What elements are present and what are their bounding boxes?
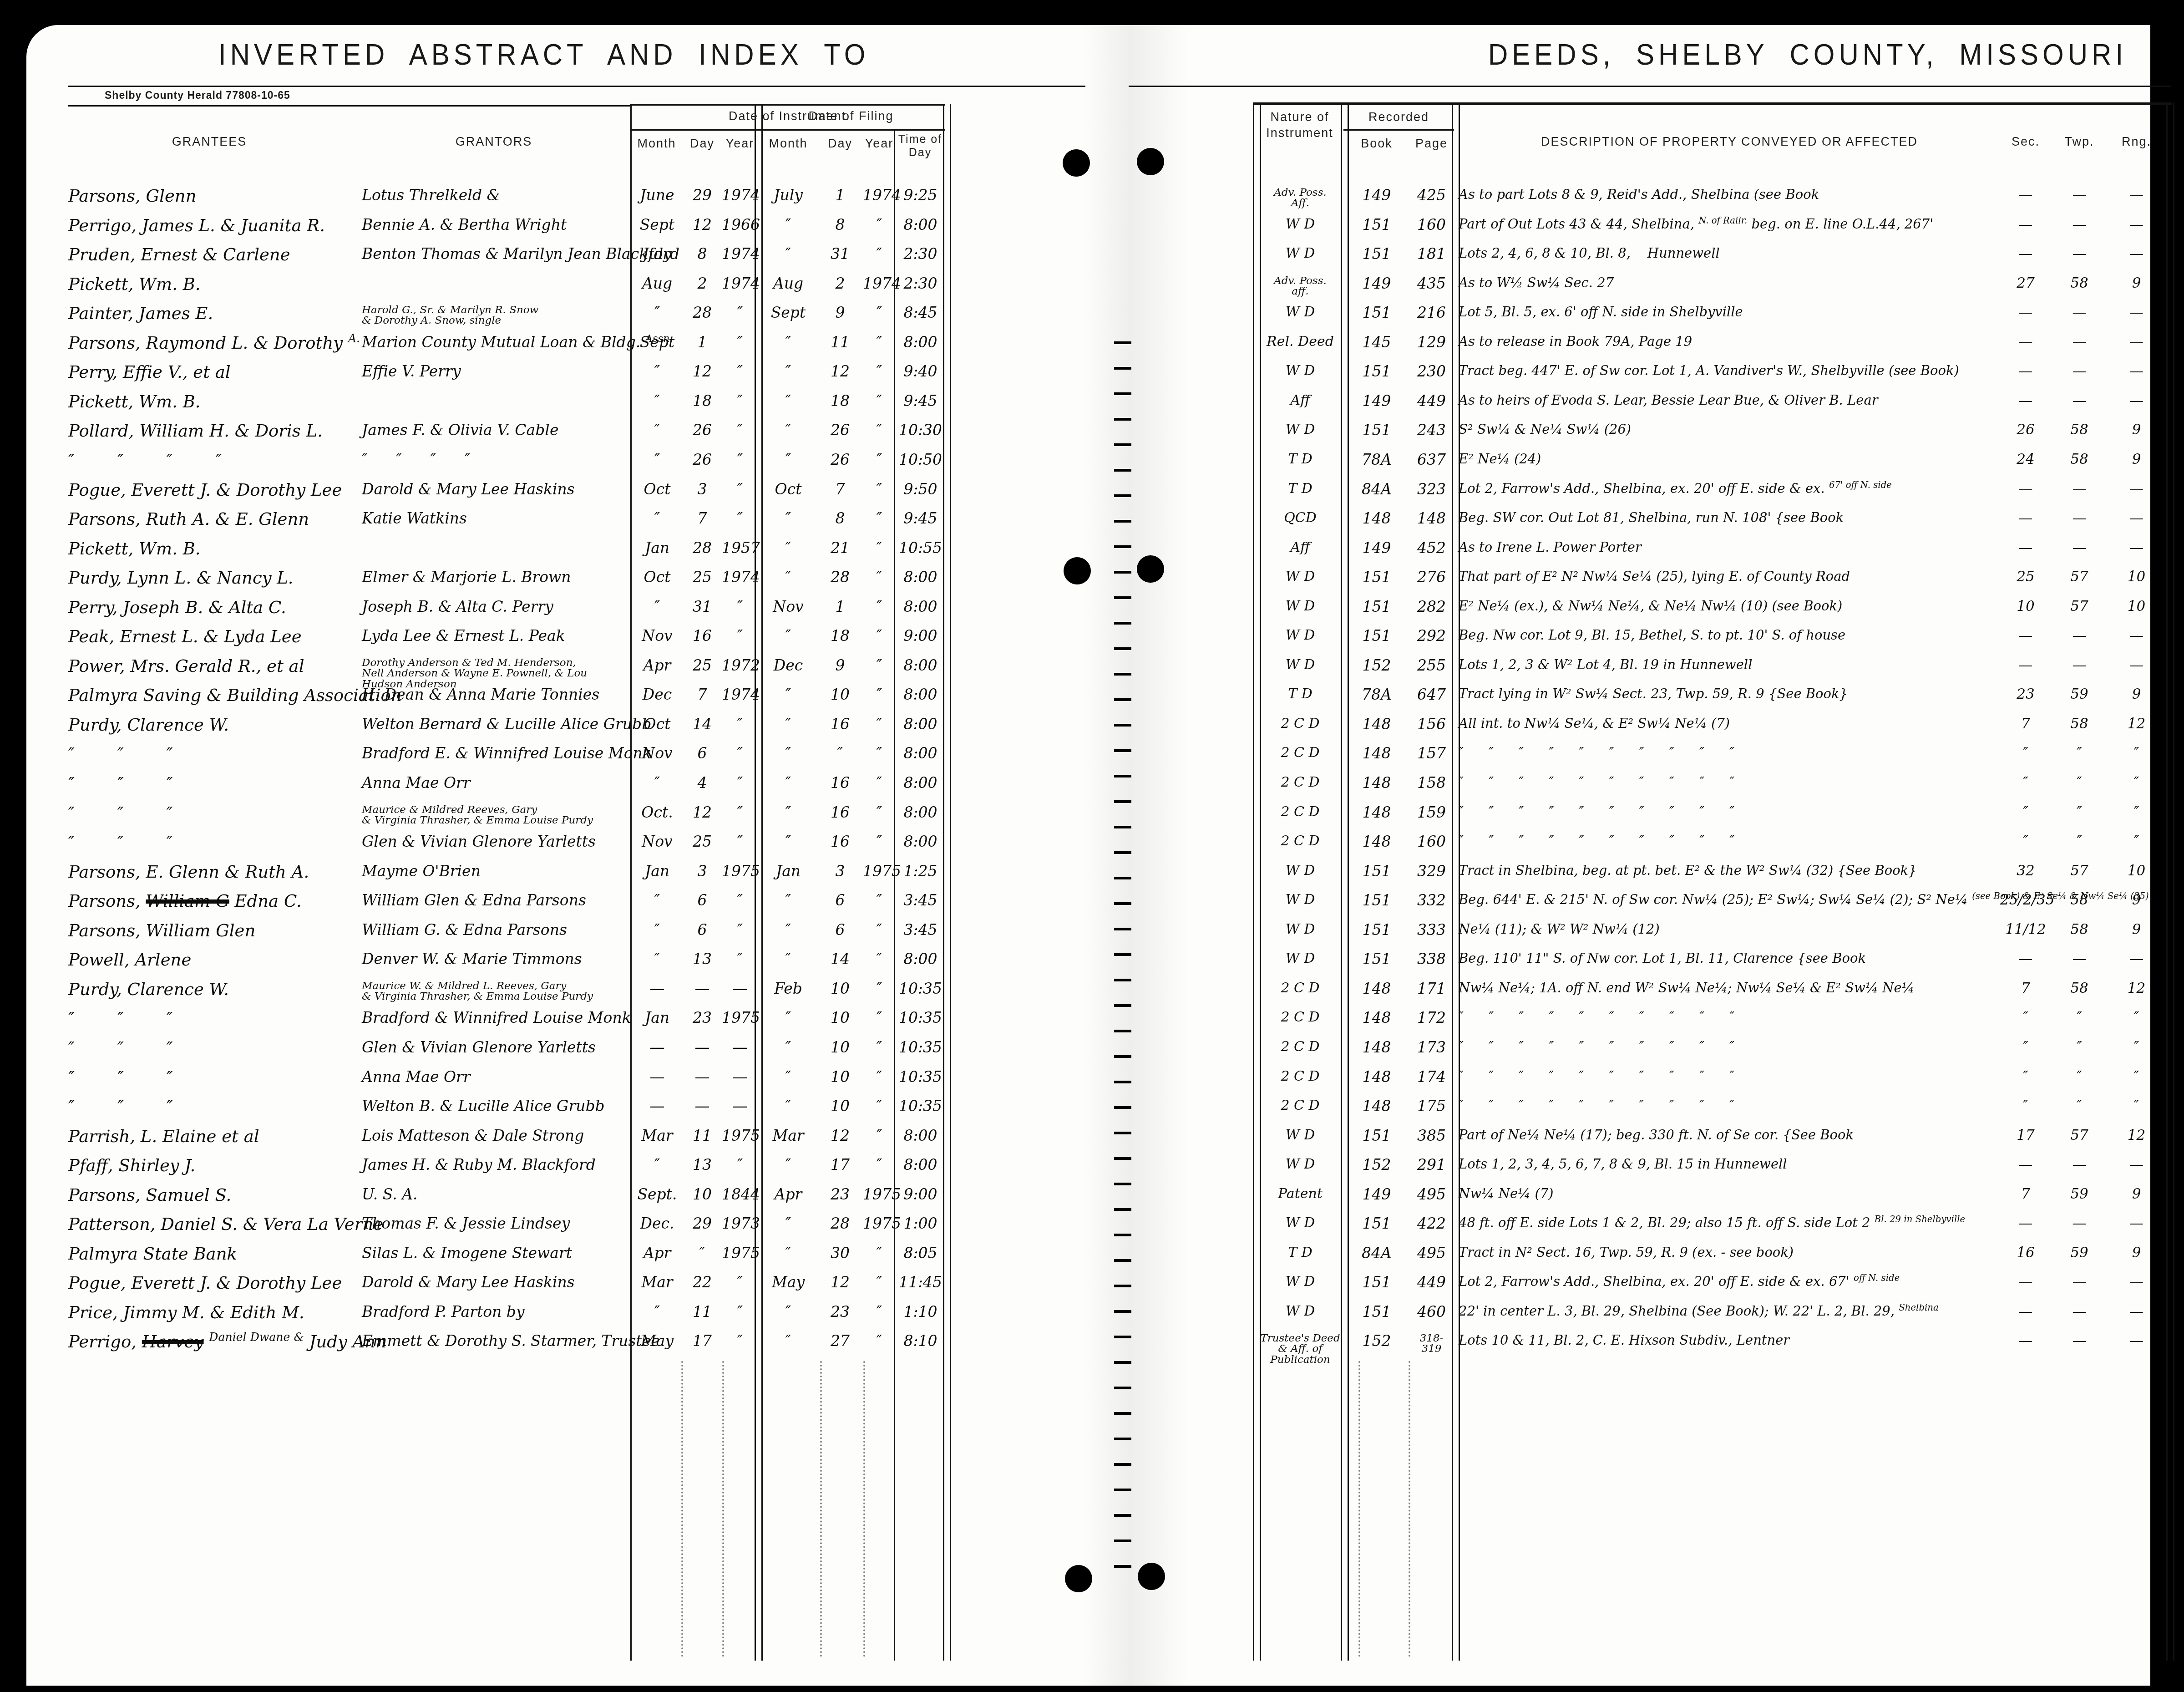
recorded-book-cell: 148 [1345, 1040, 1409, 1055]
filing-month-cell: Feb [759, 981, 817, 996]
instrument-year-cell: ″ [722, 1157, 758, 1173]
grantor-cell: Maurice W. & Mildred L. Reeves, Gary & V… [362, 981, 630, 1002]
sec-cell: 23 [2000, 687, 2051, 701]
twp-cell: — [2052, 393, 2106, 408]
instrument-day-cell: 7 [683, 687, 722, 702]
nature-of-instrument-cell: 2 C D [1257, 1098, 1343, 1113]
filing-day-cell: 10 [817, 687, 863, 702]
twp-cell: — [2052, 188, 2106, 202]
filing-time-cell: 9:00 [897, 628, 944, 644]
filing-year-cell: ″ [863, 422, 896, 438]
sec-cell: — [2000, 305, 2051, 320]
grantor-cell: William G. & Edna Parsons [362, 922, 630, 938]
recorded-page-cell: 318- 319 [1410, 1333, 1453, 1355]
rng-cell: — [2108, 188, 2165, 202]
recorded-book-cell: 151 [1345, 893, 1409, 908]
instrument-year-cell: ″ [722, 422, 758, 438]
twp-cell: 58 [2052, 981, 2106, 996]
instrument-month-cell: Mar [632, 1128, 683, 1143]
grantor-cell: Marion County Mutual Loan & Bldg. Assn. [362, 335, 630, 350]
description-cell: ″ ″ ″ ″ ″ ″ ″ ″ ″ ″ [1459, 1098, 2000, 1112]
instrument-month-cell: ″ [632, 305, 683, 320]
filing-month-cell: May [759, 1275, 817, 1290]
grantor-cell: U. S. A. [362, 1187, 630, 1202]
filing-time-cell: 3:45 [897, 922, 944, 938]
filing-time-cell: 8:00 [897, 658, 944, 673]
filing-time-cell: 8:00 [897, 687, 944, 702]
grantee-cell: Pickett, Wm. B. [68, 276, 360, 293]
filing-month-cell: ″ [759, 805, 817, 820]
instrument-month-cell: — [632, 1069, 683, 1085]
instrument-day-cell: 13 [683, 1157, 722, 1173]
sec-cell: ″ [2000, 1040, 2051, 1054]
filing-day-cell: 14 [817, 951, 863, 967]
recorded-page-cell: 460 [1410, 1304, 1453, 1320]
recorded-book-cell: 148 [1345, 716, 1409, 732]
description-cell: ″ ″ ″ ″ ″ ″ ″ ″ ″ ″ [1459, 805, 2000, 818]
instrument-year-cell: ″ [722, 364, 758, 379]
filing-month-cell: Apr [759, 1187, 817, 1202]
sec-cell: — [2000, 364, 2051, 378]
nature-of-instrument-cell: 2 C D [1257, 716, 1343, 731]
grantor-cell: Lois Matteson & Dale Strong [362, 1128, 630, 1143]
instrument-year-cell: ″ [722, 893, 758, 908]
twp-cell: — [2052, 540, 2106, 555]
description-cell: Lot 5, Bl. 5, ex. 6' off N. side in Shel… [1459, 305, 2000, 319]
filing-day-cell: 16 [817, 834, 863, 849]
rng-cell: — [2108, 1275, 2165, 1289]
rng-cell: — [2108, 246, 2165, 261]
grantor-cell: Darold & Mary Lee Haskins [362, 482, 630, 497]
instrument-day-cell: 18 [683, 393, 722, 409]
description-cell: Tract lying in W² Sw¼ Sect. 23, Twp. 59,… [1459, 687, 2000, 701]
description-cell: Tract in N² Sect. 16, Twp. 59, R. 9 (ex.… [1459, 1245, 2000, 1259]
nature-of-instrument-cell: 2 C D [1257, 805, 1343, 819]
grantor-cell: Glen & Vivian Glenore Yarletts [362, 1040, 630, 1055]
instrument-month-cell: ″ [632, 511, 683, 526]
recorded-page-cell: 230 [1410, 364, 1453, 379]
filing-year-cell: ″ [863, 217, 896, 233]
recorded-page-cell: 332 [1410, 893, 1453, 908]
grantee-cell: Pollard, William H. & Doris L. [68, 422, 360, 440]
description-cell: Part of Ne¼ Ne¼ (17); beg. 330 ft. N. of… [1459, 1128, 2000, 1142]
instrument-day-cell: — [683, 1040, 722, 1055]
description-cell: 22' in center L. 3, Bl. 29, Shelbina (Se… [1459, 1304, 2000, 1318]
recorded-book-cell: 149 [1345, 540, 1409, 556]
filing-time-cell: 9:50 [897, 482, 944, 497]
instrument-day-cell: 1 [683, 335, 722, 350]
sec-cell: 17 [2000, 1128, 2051, 1143]
nature-of-instrument-cell: Aff [1257, 540, 1343, 554]
rng-cell: 12 [2108, 716, 2165, 731]
filing-month-cell: July [759, 188, 817, 203]
nature-of-instrument-cell: 2 C D [1257, 981, 1343, 995]
rng-cell: ″ [2108, 1098, 2165, 1113]
instrument-day-cell: 13 [683, 951, 722, 967]
instrument-day-cell: 28 [683, 305, 722, 320]
grantor-cell: Bradford & Winnifred Louise Monk [362, 1010, 630, 1026]
filing-year-cell: ″ [863, 305, 896, 320]
sec-cell: 7 [2000, 716, 2051, 731]
filing-time-cell: 9:40 [897, 364, 944, 379]
filing-year-cell: ″ [863, 1010, 896, 1026]
filing-month-cell: Dec [759, 658, 817, 673]
instrument-month-cell: Oct. [632, 805, 683, 820]
filing-day-cell: 10 [817, 1040, 863, 1055]
filing-month-cell: ″ [759, 1040, 817, 1055]
sec-cell: — [2000, 1275, 2051, 1289]
sec-cell: — [2000, 1157, 2051, 1172]
nature-of-instrument-cell: Aff [1257, 393, 1343, 407]
instrument-year-cell: ″ [722, 482, 758, 497]
filing-year-cell: ″ [863, 775, 896, 791]
recorded-page-cell: 449 [1410, 393, 1453, 409]
filing-day-cell: 7 [817, 482, 863, 497]
twp-cell: 58 [2052, 716, 2106, 731]
nature-of-instrument-cell: Adv. Poss. aff. [1257, 276, 1343, 297]
recorded-book-cell: 151 [1345, 364, 1409, 379]
description-cell: Beg. Nw cor. Lot 9, Bl. 15, Bethel, S. t… [1459, 628, 2000, 642]
filing-day-cell: 21 [817, 540, 863, 556]
rng-cell: ″ [2108, 1040, 2165, 1054]
recorded-page-cell: 435 [1410, 276, 1453, 291]
rng-cell: — [2108, 628, 2165, 643]
grantee-cell: Pruden, Ernest & Carlene [68, 246, 360, 264]
twp-cell: — [2052, 1304, 2106, 1319]
filing-month-cell: ″ [759, 716, 817, 732]
grantor-cell: Harold G., Sr. & Marilyn R. Snow & Dorot… [362, 305, 630, 326]
instrument-year-cell: ″ [722, 716, 758, 732]
sec-cell: ″ [2000, 1010, 2051, 1025]
instrument-year-cell: ″ [722, 1333, 758, 1349]
rng-cell: ″ [2108, 834, 2165, 849]
nature-of-instrument-cell: W D [1257, 1304, 1343, 1318]
instrument-year-cell: ″ [722, 393, 758, 409]
twp-cell: 57 [2052, 599, 2106, 614]
filing-month-cell: ″ [759, 687, 817, 702]
instrument-month-cell: ″ [632, 1157, 683, 1173]
recorded-page-cell: 323 [1410, 482, 1453, 497]
grantor-cell: James H. & Ruby M. Blackford [362, 1157, 630, 1173]
filing-month-cell: ″ [759, 540, 817, 556]
rng-cell: — [2108, 1157, 2165, 1172]
instrument-year-cell: ″ [722, 951, 758, 967]
description-cell: That part of E² N² Nw¼ Se¼ (25), lying E… [1459, 569, 2000, 583]
instrument-year-cell: ″ [722, 1275, 758, 1290]
instrument-month-cell: Sept. [632, 1187, 683, 1202]
filing-month-cell: Oct [759, 482, 817, 497]
recorded-book-cell: 78A [1345, 452, 1409, 467]
filing-day-cell: 2 [817, 276, 863, 291]
instrument-month-cell: Sept [632, 335, 683, 350]
filing-day-cell: 18 [817, 628, 863, 644]
instrument-year-cell: 1974 [722, 276, 758, 291]
grantee-cell: Parsons, William Glen [68, 922, 360, 940]
recorded-book-cell: 152 [1345, 1157, 1409, 1173]
grantee-cell: Perry, Joseph B. & Alta C. [68, 599, 360, 616]
instrument-year-cell: 1966 [722, 217, 758, 233]
instrument-month-cell: ″ [632, 775, 683, 791]
filing-month-cell: ″ [759, 569, 817, 585]
description-cell: Ne¼ (11); & W² W² Nw¼ (12) [1459, 922, 2000, 936]
instrument-month-cell: Nov [632, 628, 683, 644]
filing-day-cell: 28 [817, 1216, 863, 1231]
scanned-ledger-spread: INVERTED ABSTRACT AND INDEX TO DEEDS, SH… [0, 0, 2184, 1692]
twp-cell: — [2052, 217, 2106, 232]
instrument-day-cell: 11 [683, 1128, 722, 1143]
filing-time-cell: 8:00 [897, 746, 944, 761]
nature-of-instrument-cell: 2 C D [1257, 834, 1343, 848]
recorded-book-cell: 148 [1345, 511, 1409, 526]
instrument-year-cell: 1973 [722, 1216, 758, 1231]
instrument-day-cell: ″ [683, 1245, 722, 1261]
filing-year-cell: ″ [863, 746, 896, 761]
grantee-cell: Parsons, Ruth A. & E. Glenn [68, 511, 360, 528]
instrument-year-cell: 1975 [722, 864, 758, 879]
grantee-cell: Powell, Arlene [68, 951, 360, 969]
recorded-page-cell: 282 [1410, 599, 1453, 615]
recorded-book-cell: 151 [1345, 1128, 1409, 1143]
instrument-day-cell: 12 [683, 364, 722, 379]
recorded-book-cell: 148 [1345, 805, 1409, 820]
rng-cell: — [2108, 482, 2165, 496]
recorded-page-cell: 495 [1410, 1187, 1453, 1202]
grantor-cell: ″ ″ ″ ″ [362, 452, 630, 467]
description-cell: As to heirs of Evoda S. Lear, Bessie Lea… [1459, 393, 2000, 407]
instrument-year-cell: ″ [722, 1304, 758, 1320]
recorded-book-cell: 151 [1345, 422, 1409, 438]
filing-day-cell: 12 [817, 364, 863, 379]
instrument-year-cell: ″ [722, 922, 758, 938]
sec-cell: — [2000, 1304, 2051, 1319]
instrument-month-cell: — [632, 1098, 683, 1114]
filing-time-cell: 8:00 [897, 716, 944, 732]
filing-day-cell: 11 [817, 335, 863, 350]
recorded-book-cell: 151 [1345, 217, 1409, 233]
nature-of-instrument-cell: T D [1257, 482, 1343, 496]
description-cell: Tract in Shelbina, beg. at pt. bet. E² &… [1459, 864, 2000, 877]
rng-cell: — [2108, 658, 2165, 672]
sec-cell: — [2000, 188, 2051, 202]
instrument-month-cell: — [632, 1040, 683, 1055]
filing-year-cell: ″ [863, 1128, 896, 1143]
rng-cell: — [2108, 1304, 2165, 1319]
filing-month-cell: ″ [759, 922, 817, 938]
grantor-cell: Joseph B. & Alta C. Perry [362, 599, 630, 615]
instrument-month-cell: ″ [632, 1304, 683, 1320]
instrument-day-cell: 26 [683, 452, 722, 467]
recorded-page-cell: 449 [1410, 1275, 1453, 1290]
grantor-cell: Darold & Mary Lee Haskins [362, 1275, 630, 1290]
filing-month-cell: ″ [759, 775, 817, 791]
instrument-year-cell: 1957 [722, 540, 758, 556]
grantor-cell: Bennie A. & Bertha Wright [362, 217, 630, 233]
twp-cell: 58 [2052, 422, 2106, 437]
filing-year-cell: ″ [863, 716, 896, 732]
filing-time-cell: 1:10 [897, 1304, 944, 1320]
nature-of-instrument-cell: 2 C D [1257, 775, 1343, 789]
sec-cell: — [2000, 951, 2051, 966]
grantee-cell: Pfaff, Shirley J. [68, 1157, 360, 1174]
twp-cell: — [2052, 951, 2106, 966]
instrument-day-cell: 14 [683, 716, 722, 732]
filing-day-cell: 1 [817, 599, 863, 615]
filing-time-cell: 2:30 [897, 276, 944, 291]
recorded-book-cell: 151 [1345, 1216, 1409, 1231]
grantor-cell: Silas L. & Imogene Stewart [362, 1245, 630, 1261]
rng-cell: 9 [2108, 922, 2165, 937]
nature-of-instrument-cell: W D [1257, 1128, 1343, 1142]
grantee-cell: Pickett, Wm. B. [68, 540, 360, 558]
instrument-day-cell: 29 [683, 188, 722, 203]
instrument-year-cell: 1975 [722, 1245, 758, 1261]
sec-cell: — [2000, 511, 2051, 525]
filing-time-cell: 10:35 [897, 1098, 944, 1114]
instrument-day-cell: 3 [683, 864, 722, 879]
sec-cell: ″ [2000, 1069, 2051, 1084]
rng-cell: 9 [2108, 422, 2165, 437]
instrument-day-cell: 10 [683, 1187, 722, 1202]
instrument-day-cell: — [683, 981, 722, 996]
description-cell: E² Ne¼ (ex.), & Nw¼ Ne¼, & Ne¼ Nw¼ (10) … [1459, 599, 2000, 613]
sec-cell: — [2000, 246, 2051, 261]
grantor-cell: Welton B. & Lucille Alice Grubb [362, 1098, 630, 1114]
grantee-cell: Parsons, Samuel S. [68, 1187, 360, 1204]
filing-year-cell: 1975 [863, 1216, 896, 1231]
recorded-page-cell: 422 [1410, 1216, 1453, 1231]
recorded-page-cell: 148 [1410, 511, 1453, 526]
description-cell: Lots 10 & 11, Bl. 2, C. E. Hixson Subdiv… [1459, 1333, 2000, 1347]
instrument-month-cell: ″ [632, 452, 683, 467]
description-cell: Nw¼ Ne¼ (7) [1459, 1187, 2000, 1200]
filing-time-cell: 8:45 [897, 305, 944, 320]
rng-cell: 12 [2108, 1128, 2165, 1143]
sec-cell: 7 [2000, 1187, 2051, 1201]
filing-month-cell: ″ [759, 335, 817, 350]
grantor-cell: Thomas F. & Jessie Lindsey [362, 1216, 630, 1231]
filing-month-cell: ″ [759, 1245, 817, 1261]
filing-time-cell: 9:25 [897, 188, 944, 203]
recorded-page-cell: 160 [1410, 217, 1453, 233]
description-cell: Beg. 644' E. & 215' N. of Sw cor. Nw¼ (2… [1459, 893, 2000, 906]
nature-of-instrument-cell: 2 C D [1257, 1010, 1343, 1024]
recorded-page-cell: 637 [1410, 452, 1453, 467]
sec-cell: — [2000, 393, 2051, 408]
nature-of-instrument-cell: Adv. Poss. Aff. [1257, 188, 1343, 209]
sec-cell: 32 [2000, 864, 2051, 878]
filing-day-cell: 23 [817, 1187, 863, 1202]
filing-day-cell: 10 [817, 1010, 863, 1026]
sec-cell: — [2000, 628, 2051, 643]
nature-of-instrument-cell: QCD [1257, 511, 1343, 525]
filing-year-cell: ″ [863, 482, 896, 497]
instrument-month-cell: ″ [632, 893, 683, 908]
recorded-page-cell: 171 [1410, 981, 1453, 996]
filing-time-cell: 8:00 [897, 834, 944, 849]
twp-cell: — [2052, 1157, 2106, 1172]
filing-month-cell: ″ [759, 217, 817, 233]
nature-of-instrument-cell: T D [1257, 687, 1343, 701]
description-cell: E² Ne¼ (24) [1459, 452, 2000, 466]
rng-cell: 10 [2108, 864, 2165, 878]
instrument-day-cell: 2 [683, 276, 722, 291]
sec-cell: — [2000, 658, 2051, 672]
recorded-book-cell: 151 [1345, 864, 1409, 879]
sec-cell: 24 [2000, 452, 2051, 467]
filing-year-cell: 1975 [863, 1187, 896, 1202]
grantee-cell: Parrish, L. Elaine et al [68, 1128, 360, 1145]
instrument-year-cell: ″ [722, 805, 758, 820]
recorded-page-cell: 291 [1410, 1157, 1453, 1173]
recorded-page-cell: 129 [1410, 335, 1453, 350]
filing-year-cell: ″ [863, 1157, 896, 1173]
rng-cell: — [2108, 305, 2165, 320]
twp-cell: 58 [2052, 893, 2106, 907]
recorded-book-cell: 78A [1345, 687, 1409, 702]
recorded-book-cell: 151 [1345, 628, 1409, 644]
instrument-day-cell: 25 [683, 569, 722, 585]
filing-time-cell: 2:30 [897, 246, 944, 262]
grantor-cell: Maurice & Mildred Reeves, Gary & Virgini… [362, 805, 630, 826]
filing-day-cell: 10 [817, 1098, 863, 1114]
description-cell: ″ ″ ″ ″ ″ ″ ″ ″ ″ ″ [1459, 1010, 2000, 1024]
filing-year-cell: ″ [863, 951, 896, 967]
twp-cell: ″ [2052, 746, 2106, 760]
grantee-cell: Purdy, Lynn L. & Nancy L. [68, 569, 360, 587]
description-cell: Lot 2, Farrow's Add., Shelbina, ex. 20' … [1459, 482, 2000, 495]
instrument-month-cell: Nov [632, 746, 683, 761]
sec-cell: ″ [2000, 775, 2051, 790]
twp-cell: — [2052, 511, 2106, 525]
filing-year-cell: ″ [863, 1040, 896, 1055]
sec-cell: ″ [2000, 1098, 2051, 1113]
recorded-book-cell: 151 [1345, 1304, 1409, 1320]
instrument-month-cell: Oct [632, 716, 683, 732]
grantor-cell: Emmett & Dorothy S. Starmer, Trustee [362, 1333, 630, 1349]
description-cell: ″ ″ ″ ″ ″ ″ ″ ″ ″ ″ [1459, 1040, 2000, 1053]
nature-of-instrument-cell: W D [1257, 422, 1343, 437]
filing-day-cell: 8 [817, 217, 863, 233]
description-cell: ″ ″ ″ ″ ″ ″ ″ ″ ″ ″ [1459, 834, 2000, 848]
instrument-day-cell: — [683, 1098, 722, 1114]
instrument-month-cell: July [632, 246, 683, 262]
filing-month-cell: ″ [759, 746, 817, 761]
instrument-year-cell: ″ [722, 452, 758, 467]
filing-month-cell: ″ [759, 1157, 817, 1173]
twp-cell: 57 [2052, 569, 2106, 584]
filing-year-cell: ″ [863, 599, 896, 615]
filing-day-cell: 10 [817, 981, 863, 996]
filing-day-cell: 26 [817, 452, 863, 467]
grantee-cell: Perrigo, James L. & Juanita R. [68, 217, 360, 234]
description-cell: Lot 2, Farrow's Add., Shelbina, ex. 20' … [1459, 1275, 2000, 1288]
grantee-cell: Parsons, Glenn [68, 188, 360, 205]
grantee-cell: Pogue, Everett J. & Dorothy Lee [68, 482, 360, 499]
filing-time-cell: 10:55 [897, 540, 944, 556]
nature-of-instrument-cell: W D [1257, 628, 1343, 642]
recorded-page-cell: 385 [1410, 1128, 1453, 1143]
sec-cell: 11/12 [2000, 922, 2051, 937]
grantor-cell: Lyda Lee & Ernest L. Peak [362, 628, 630, 644]
filing-year-cell: ″ [863, 1245, 896, 1261]
instrument-year-cell: 1975 [722, 1128, 758, 1143]
description-cell: Lots 1, 2, 3, 4, 5, 6, 7, 8 & 9, Bl. 15 … [1459, 1157, 2000, 1171]
filing-time-cell: 8:00 [897, 599, 944, 615]
sec-cell: ″ [2000, 805, 2051, 819]
instrument-month-cell: Jan [632, 540, 683, 556]
twp-cell: — [2052, 335, 2106, 349]
nature-of-instrument-cell: W D [1257, 893, 1343, 907]
